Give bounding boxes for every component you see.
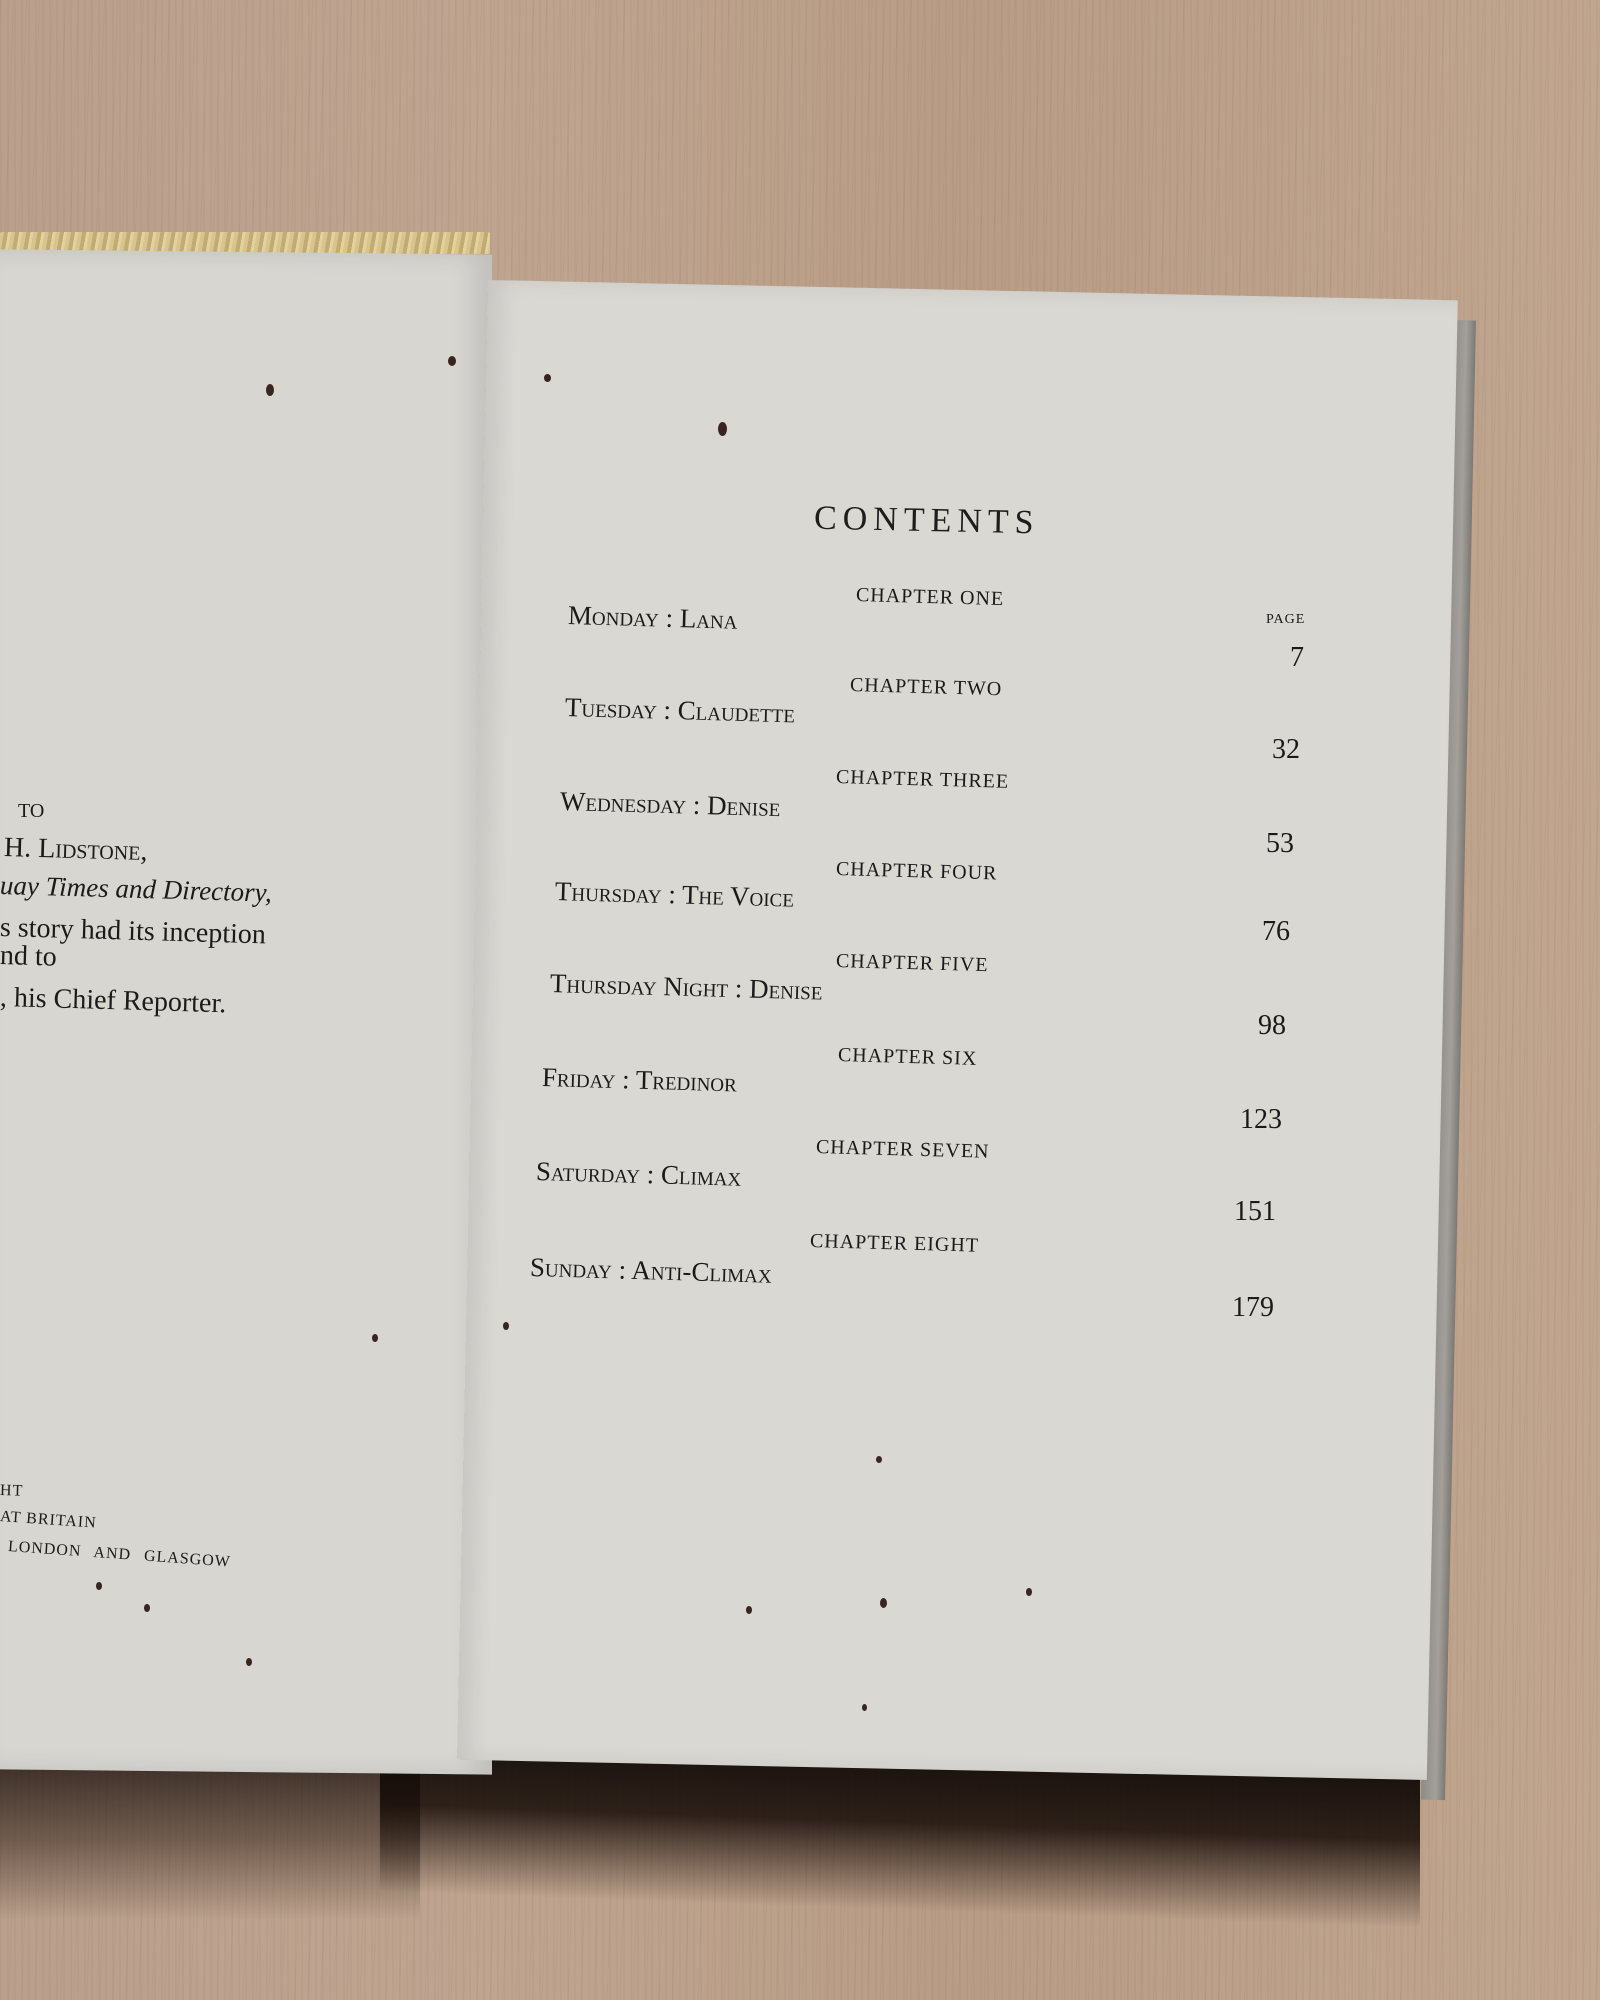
contents-title: CONTENTS [814,500,1040,543]
chapter-title: Thursday : The Voice [555,876,795,914]
dedication-to: TO [18,800,44,823]
chapter-label: Chapter Two [850,674,1003,701]
chapter-page: 151 [1234,1196,1276,1228]
paper-blemish [448,356,456,366]
dedication-line-4: , his Chief Reporter. [0,982,227,1020]
paper-blemish [1026,1588,1032,1596]
chapter-label: Chapter One [856,584,1005,611]
paper-blemish [862,1704,867,1711]
paper-blemish [96,1582,102,1590]
chapter-label: Chapter Five [836,950,989,977]
page-column-header: PAGE [1266,612,1305,628]
chapter-page: 179 [1232,1292,1274,1324]
paper-blemish [544,374,551,382]
paper-blemish [246,1658,252,1666]
chapter-page: 98 [1258,1010,1286,1042]
chapter-page: 53 [1266,828,1294,860]
paper-blemish [718,422,727,436]
paper-blemish [880,1598,887,1608]
chapter-label: Chapter Three [836,766,1010,794]
chapter-title: Saturday : Climax [536,1156,742,1193]
dedication-name: H. Lidstone, [4,832,148,868]
paper-blemish [503,1322,509,1330]
chapter-label: Chapter Six [838,1044,978,1071]
chapter-page: 76 [1262,916,1290,948]
chapter-label: Chapter Seven [816,1136,990,1164]
chapter-label: Chapter Eight [810,1230,980,1258]
chapter-label: Chapter Four [836,858,998,885]
chapter-title: Monday : Lana [568,600,738,636]
paper-blemish [144,1604,150,1612]
paper-blemish [266,384,274,396]
paper-blemish [876,1456,882,1463]
chapter-title: Tuesday : Claudette [565,692,796,729]
dedication-line-3: nd to [0,940,57,974]
paper-blemish [746,1606,752,1614]
chapter-title: Friday : Tredinor [542,1062,738,1098]
chapter-title: Wednesday : Denise [560,786,781,823]
imprint-line-1: HT [0,1482,24,1501]
chapter-page: 32 [1272,734,1300,766]
chapter-page: 7 [1290,642,1304,674]
paper-blemish [372,1334,378,1342]
chapter-page: 123 [1240,1104,1282,1136]
